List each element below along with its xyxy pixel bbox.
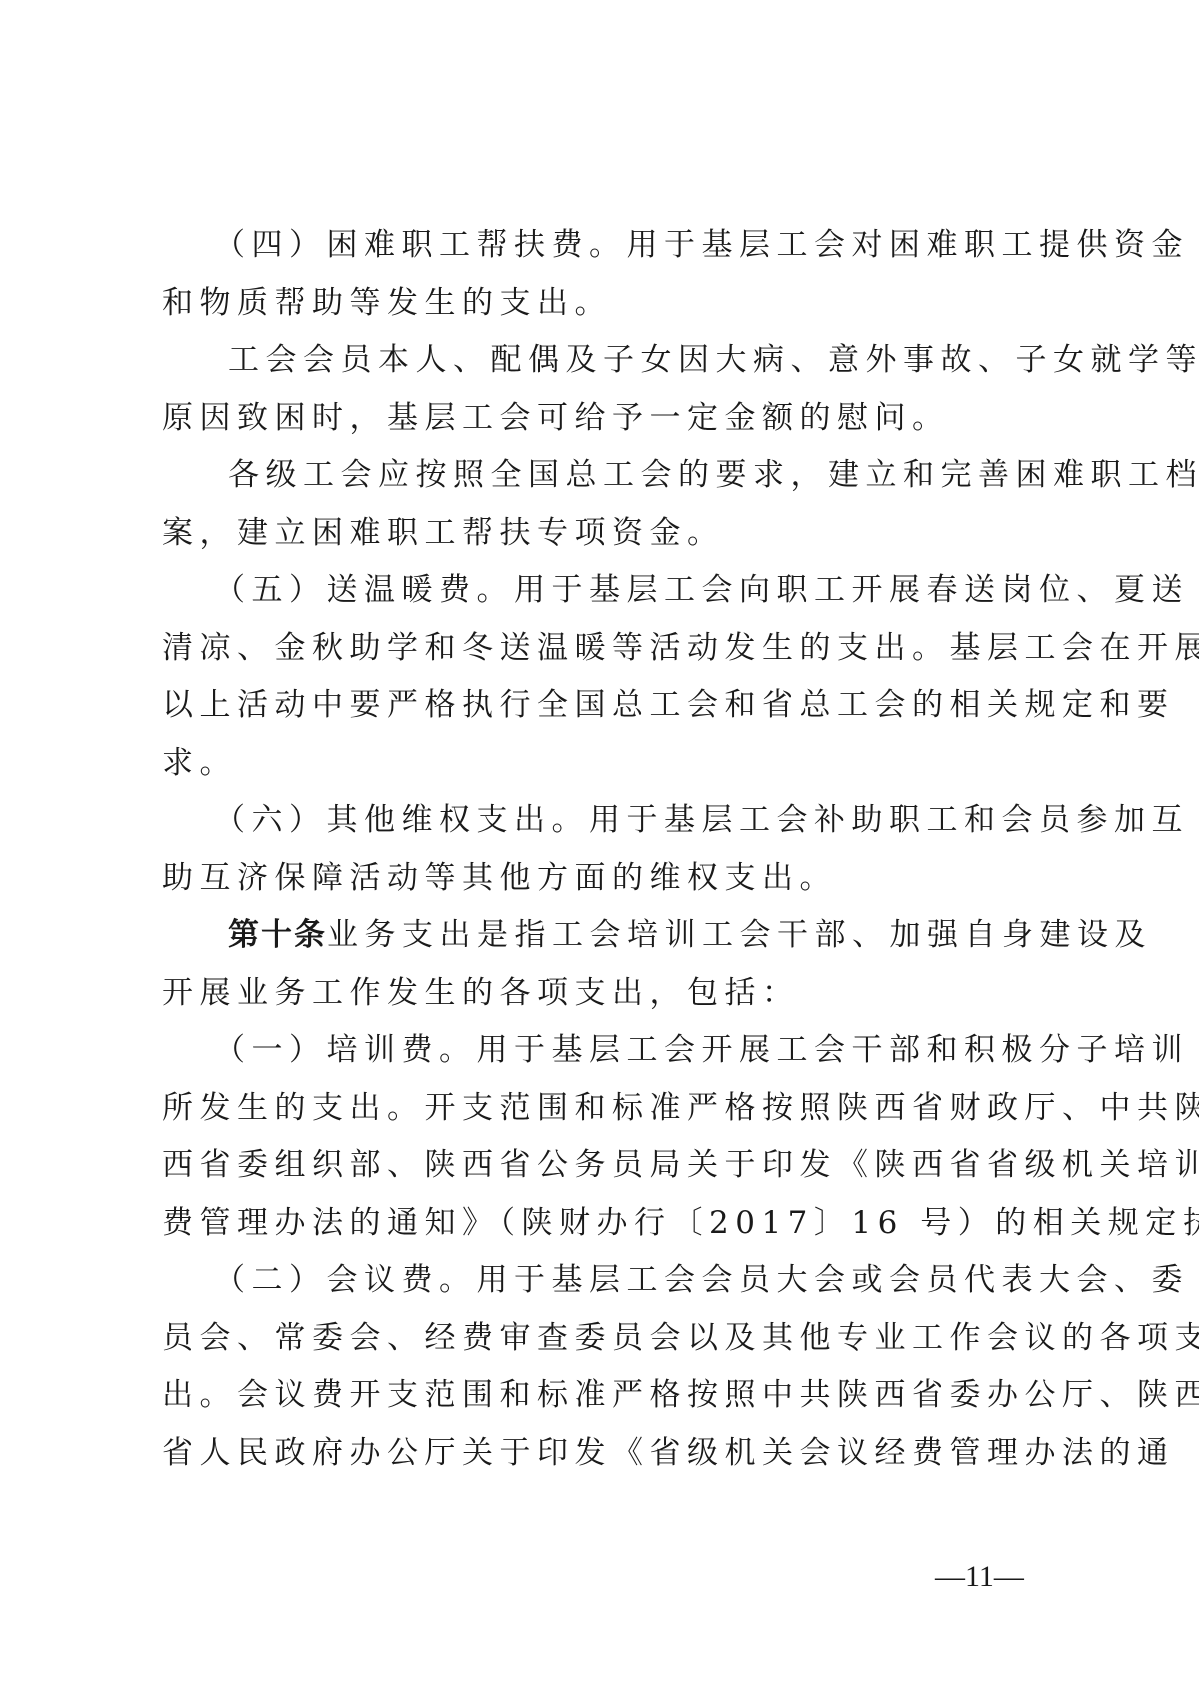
paragraph-line: 助互济保障活动等其他方面的维权支出。: [162, 853, 1042, 911]
paragraph-line: （五）送温暖费。用于基层工会向职工开展春送岗位、夏送: [162, 565, 1042, 623]
paragraph-line: 案，建立困难职工帮扶专项资金。: [162, 508, 1042, 566]
page-number: —11—: [935, 1560, 1024, 1594]
body-text: （四）困难职工帮扶费。用于基层工会对困难职工提供资金 和物质帮助等发生的支出。 …: [162, 220, 1042, 1485]
article-heading-line: 第十条业务支出是指工会培训工会干部、加强自身建设及: [162, 910, 1042, 968]
paragraph-line: 清凉、金秋助学和冬送温暖等活动发生的支出。基层工会在开展: [162, 623, 1042, 681]
paragraph-line: 员会、常委会、经费审查委员会以及其他专业工作会议的各项支: [162, 1313, 1042, 1371]
paragraph-line: （四）困难职工帮扶费。用于基层工会对困难职工提供资金: [162, 220, 1042, 278]
document-page: （四）困难职工帮扶费。用于基层工会对困难职工提供资金 和物质帮助等发生的支出。 …: [0, 0, 1199, 1696]
paragraph-line: 和物质帮助等发生的支出。: [162, 278, 1042, 336]
paragraph-line: 各级工会应按照全国总工会的要求，建立和完善困难职工档: [162, 450, 1042, 508]
paragraph-line: 西省委组织部、陕西省公务员局关于印发《陕西省省级机关培训: [162, 1140, 1042, 1198]
article-number: 第十条: [228, 917, 327, 953]
paragraph-line: 开展业务工作发生的各项支出，包括：: [162, 968, 1042, 1026]
paragraph-line: 以上活动中要严格执行全国总工会和省总工会的相关规定和要: [162, 680, 1042, 738]
article-text: 业务支出是指工会培训工会干部、加强自身建设及: [327, 917, 1152, 953]
paragraph-line: 原因致困时，基层工会可给予一定金额的慰问。: [162, 393, 1042, 451]
paragraph-line: 求。: [162, 738, 1042, 796]
paragraph-line: 工会会员本人、配偶及子女因大病、意外事故、子女就学等: [162, 335, 1042, 393]
paragraph-line: （一）培训费。用于基层工会开展工会干部和积极分子培训: [162, 1025, 1042, 1083]
paragraph-line: （二）会议费。用于基层工会会员大会或会员代表大会、委: [162, 1255, 1042, 1313]
paragraph-line: 出。会议费开支范围和标准严格按照中共陕西省委办公厅、陕西: [162, 1370, 1042, 1428]
paragraph-line: 费管理办法的通知》（陕财办行〔2017〕16 号）的相关规定执行。: [162, 1198, 1042, 1256]
paragraph-line: 省人民政府办公厅关于印发《省级机关会议经费管理办法的通: [162, 1428, 1042, 1486]
paragraph-line: 所发生的支出。开支范围和标准严格按照陕西省财政厅、中共陕: [162, 1083, 1042, 1141]
paragraph-line: （六）其他维权支出。用于基层工会补助职工和会员参加互: [162, 795, 1042, 853]
